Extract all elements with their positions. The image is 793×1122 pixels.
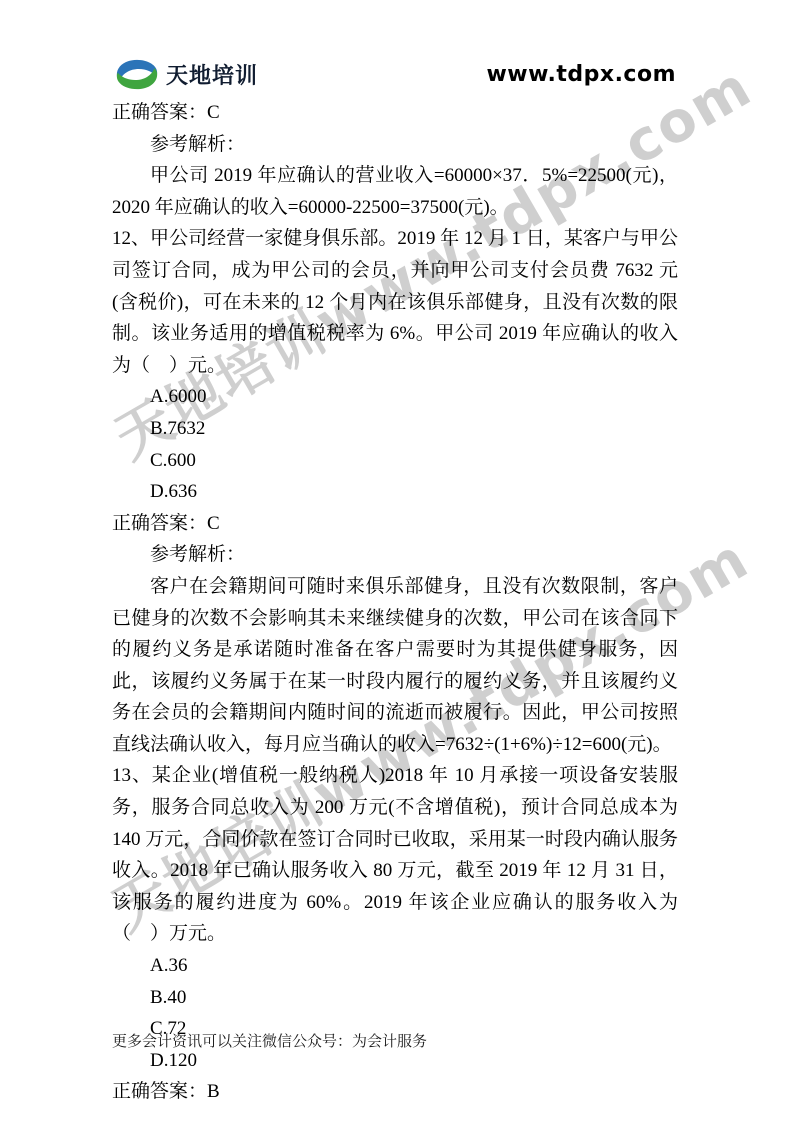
document-page: 天地培训www.tdpx.com 天地培训www.tdpx.com 天地培训 w… — [0, 0, 793, 1122]
brand-swirl-icon — [114, 58, 160, 91]
analysis-text-q11: 甲公司 2019 年应确认的营业收入=60000×37．5%=22500(元)，… — [112, 160, 678, 223]
option-13-a: A.36 — [112, 950, 678, 982]
answer-line-q13: 正确答案：B — [112, 1076, 678, 1108]
option-12-a: A.6000 — [112, 381, 678, 413]
analysis-label-q11: 参考解析： — [112, 129, 678, 161]
option-12-c: C.600 — [112, 445, 678, 477]
brand-logo: 天地培训 — [114, 58, 258, 91]
brand-logo-text: 天地培训 — [166, 59, 258, 90]
header-site-url: www.tdpx.com — [486, 62, 676, 87]
footer-note: 更多会计资讯可以关注微信公众号：为会计服务 — [112, 1030, 427, 1051]
option-12-b: B.7632 — [112, 413, 678, 445]
option-13-b: B.40 — [112, 982, 678, 1014]
analysis-text-q12: 客户在会籍期间可随时来俱乐部健身，且没有次数限制，客户已健身的次数不会影响其未来… — [112, 571, 678, 761]
answer-line-q12: 正确答案：C — [112, 508, 678, 540]
document-body: 正确答案：C 参考解析： 甲公司 2019 年应确认的营业收入=60000×37… — [112, 97, 678, 1108]
question-12-text: 12、甲公司经营一家健身俱乐部。2019 年 12 月 1 日，某客户与甲公司签… — [112, 223, 678, 381]
answer-line-q11: 正确答案：C — [112, 97, 678, 129]
analysis-label-q12: 参考解析： — [112, 539, 678, 571]
question-13-text: 13、某企业(增值税一般纳税人)2018 年 10 月承接一项设备安装服务，服务… — [112, 760, 678, 950]
option-12-d: D.636 — [112, 476, 678, 508]
